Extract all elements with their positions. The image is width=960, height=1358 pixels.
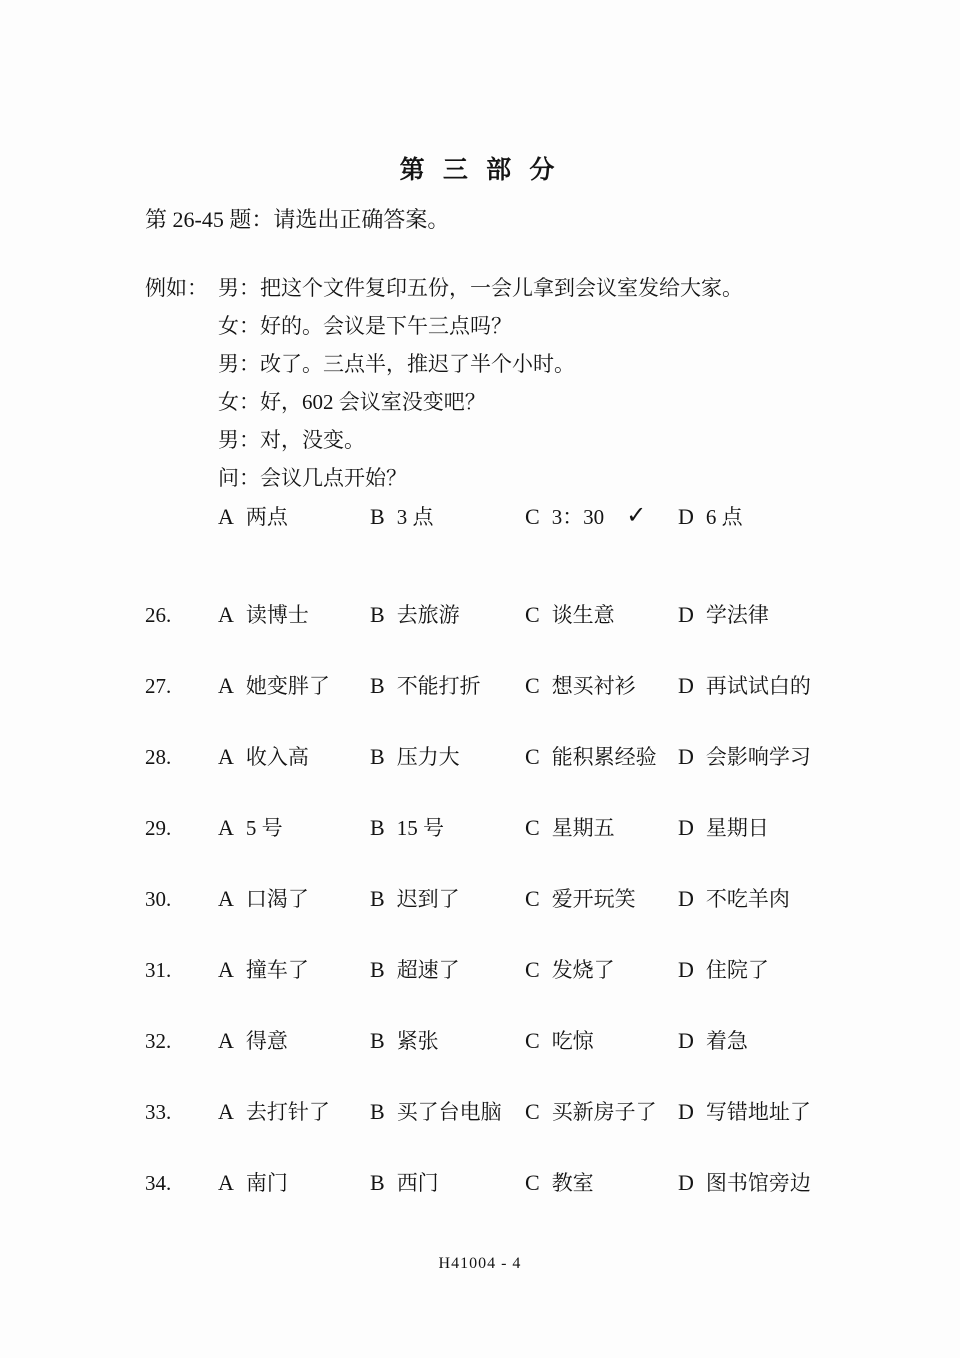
option-text: 去打针了	[246, 1100, 330, 1124]
option-b: B去旅游	[370, 600, 460, 630]
option-letter: D	[678, 1097, 694, 1127]
option-letter: D	[678, 671, 694, 701]
option-text: 去旅游	[397, 603, 460, 627]
option-text: 住院了	[706, 958, 769, 982]
footer-page-code: H41004 - 4	[0, 1255, 960, 1273]
speaker-label: 男：	[218, 428, 260, 452]
option-text: 得意	[246, 1029, 288, 1053]
option-text: 收入高	[246, 745, 309, 769]
checkmark-icon: ✓	[626, 501, 646, 530]
option-a: A5 号	[218, 813, 283, 843]
option-letter: B	[370, 813, 385, 843]
option-letter: B	[370, 742, 385, 772]
option-text: 再试试白的	[706, 674, 811, 698]
dialogue-line: 男：对，没变。	[145, 421, 865, 459]
example-option-a: A两点	[218, 501, 288, 531]
option-letter: B	[370, 504, 385, 530]
dialogue-line: 例如： 男：把这个文件复印五份，一会儿拿到会议室发给大家。	[145, 269, 865, 307]
option-letter: A	[218, 600, 234, 630]
option-d: D学法律	[678, 600, 769, 630]
speaker-label: 问：	[218, 466, 260, 490]
question-row: 31. A撞车了 B超速了 C发烧了 D住院了	[145, 955, 865, 1026]
option-text: 学法律	[706, 603, 769, 627]
option-letter: D	[678, 504, 694, 530]
question-number: 26.	[145, 600, 171, 630]
option-text: 两点	[246, 505, 288, 529]
question-row: 32. A得意 B紧张 C吃惊 D着急	[145, 1026, 865, 1097]
option-letter: A	[218, 813, 234, 843]
speaker-label: 女：	[218, 390, 260, 414]
option-text: 3 点	[397, 505, 434, 529]
option-letter: B	[370, 955, 385, 985]
option-letter: C	[525, 504, 540, 530]
option-b: B压力大	[370, 742, 460, 772]
speaker-label: 男：	[218, 276, 260, 300]
example-option-b: B3 点	[370, 501, 433, 531]
option-text: 紧张	[397, 1029, 439, 1053]
option-text: 6 点	[706, 505, 743, 529]
option-letter: A	[218, 1026, 234, 1056]
option-c: C能积累经验	[525, 742, 657, 772]
option-c: C买新房子了	[525, 1097, 657, 1127]
option-letter: C	[525, 955, 540, 985]
option-letter: D	[678, 955, 694, 985]
option-a: A读博士	[218, 600, 309, 630]
option-text: 图书馆旁边	[706, 1171, 811, 1195]
question-row: 30. A口渴了 B迟到了 C爱开玩笑 D不吃羊肉	[145, 884, 865, 955]
option-a: A口渴了	[218, 884, 309, 914]
option-c: C谈生意	[525, 600, 615, 630]
dialogue-text: 改了。三点半，推迟了半个小时。	[260, 352, 575, 376]
exam-page: 第 三 部 分 第 26-45 题：请选出正确答案。 例如： 男：把这个文件复印…	[0, 0, 960, 1358]
option-c: C星期五	[525, 813, 615, 843]
option-b: B超速了	[370, 955, 460, 985]
questions-list: 26. A读博士 B去旅游 C谈生意 D学法律 27. A她变胖了 B不能打折 …	[145, 600, 865, 1239]
speaker-label: 女：	[218, 314, 260, 338]
option-text: 不能打折	[397, 674, 481, 698]
option-text: 撞车了	[246, 958, 309, 982]
option-letter: D	[678, 742, 694, 772]
option-letter: A	[218, 671, 234, 701]
option-text: 谈生意	[552, 603, 615, 627]
option-text: 读博士	[246, 603, 309, 627]
option-b: B不能打折	[370, 671, 481, 701]
option-text: 星期五	[552, 816, 615, 840]
question-number: 32.	[145, 1026, 171, 1056]
option-text: 想买衬衫	[552, 674, 636, 698]
option-c: C吃惊	[525, 1026, 594, 1056]
option-d: D不吃羊肉	[678, 884, 790, 914]
dialogue-line: 问：会议几点开始？	[145, 459, 865, 497]
option-text: 南门	[246, 1171, 288, 1195]
option-text: 能积累经验	[552, 745, 657, 769]
option-letter: B	[370, 1097, 385, 1127]
option-a: A她变胖了	[218, 671, 330, 701]
option-d: D图书馆旁边	[678, 1168, 811, 1198]
question-number: 28.	[145, 742, 171, 772]
option-a: A得意	[218, 1026, 288, 1056]
dialogue-line: 女：好，602 会议室没变吧？	[145, 383, 865, 421]
option-text: 15 号	[397, 816, 444, 840]
option-b: B15 号	[370, 813, 444, 843]
option-text: 不吃羊肉	[706, 887, 790, 911]
question-row: 28. A收入高 B压力大 C能积累经验 D会影响学习	[145, 742, 865, 813]
question-row: 27. A她变胖了 B不能打折 C想买衬衫 D再试试白的	[145, 671, 865, 742]
option-letter: A	[218, 1097, 234, 1127]
option-text: 超速了	[397, 958, 460, 982]
option-letter: D	[678, 1026, 694, 1056]
dialogue-text: 好的。会议是下午三点吗？	[260, 314, 512, 338]
option-letter: C	[525, 742, 540, 772]
option-text: 教室	[552, 1171, 594, 1195]
option-b: B迟到了	[370, 884, 460, 914]
section-instructions: 第 26-45 题：请选出正确答案。	[145, 203, 449, 234]
question-number: 33.	[145, 1097, 171, 1127]
page-title: 第 三 部 分	[0, 150, 960, 186]
option-text: 5 号	[246, 816, 283, 840]
option-letter: B	[370, 1026, 385, 1056]
option-a: A去打针了	[218, 1097, 330, 1127]
option-letter: C	[525, 1026, 540, 1056]
option-b: B西门	[370, 1168, 439, 1198]
dialogue-text: 会议几点开始？	[260, 466, 407, 490]
option-text: 星期日	[706, 816, 769, 840]
example-label: 例如：	[145, 269, 208, 307]
question-number: 27.	[145, 671, 171, 701]
option-letter: C	[525, 671, 540, 701]
option-letter: D	[678, 600, 694, 630]
option-a: A收入高	[218, 742, 309, 772]
option-d: D着急	[678, 1026, 748, 1056]
option-b: B买了台电脑	[370, 1097, 502, 1127]
question-row: 26. A读博士 B去旅游 C谈生意 D学法律	[145, 600, 865, 671]
option-letter: C	[525, 600, 540, 630]
option-text: 发烧了	[552, 958, 615, 982]
dialogue-line: 女：好的。会议是下午三点吗？	[145, 307, 865, 345]
question-number: 34.	[145, 1168, 171, 1198]
option-letter: D	[678, 1168, 694, 1198]
example-options-row: A两点 B3 点 C3：30✓ D6 点	[145, 501, 865, 539]
option-letter: B	[370, 600, 385, 630]
option-b: B紧张	[370, 1026, 439, 1056]
dialogue-line: 男：改了。三点半，推迟了半个小时。	[145, 345, 865, 383]
example-option-c: C3：30✓	[525, 501, 646, 531]
question-row: 33. A去打针了 B买了台电脑 C买新房子了 D写错地址了	[145, 1097, 865, 1168]
option-text: 口渴了	[246, 887, 309, 911]
dialogue-text: 把这个文件复印五份，一会儿拿到会议室发给大家。	[260, 276, 743, 300]
option-c: C发烧了	[525, 955, 615, 985]
option-letter: C	[525, 813, 540, 843]
option-text: 写错地址了	[706, 1100, 811, 1124]
option-c: C想买衬衫	[525, 671, 636, 701]
option-text: 会影响学习	[706, 745, 811, 769]
option-text: 吃惊	[552, 1029, 594, 1053]
option-d: D再试试白的	[678, 671, 811, 701]
option-letter: D	[678, 884, 694, 914]
example-option-d: D6 点	[678, 501, 743, 531]
option-text: 买新房子了	[552, 1100, 657, 1124]
option-c: C爱开玩笑	[525, 884, 636, 914]
option-d: D星期日	[678, 813, 769, 843]
example-block: 例如： 男：把这个文件复印五份，一会儿拿到会议室发给大家。 女：好的。会议是下午…	[145, 269, 865, 539]
option-letter: A	[218, 884, 234, 914]
question-row: 34. A南门 B西门 C教室 D图书馆旁边	[145, 1168, 865, 1239]
option-letter: C	[525, 1168, 540, 1198]
option-a: A撞车了	[218, 955, 309, 985]
option-letter: C	[525, 1097, 540, 1127]
option-text: 她变胖了	[246, 674, 330, 698]
option-text: 压力大	[397, 745, 460, 769]
option-text: 迟到了	[397, 887, 460, 911]
option-a: A南门	[218, 1168, 288, 1198]
option-letter: C	[525, 884, 540, 914]
option-text: 买了台电脑	[397, 1100, 502, 1124]
dialogue-text: 对，没变。	[260, 428, 365, 452]
option-d: D会影响学习	[678, 742, 811, 772]
option-d: D住院了	[678, 955, 769, 985]
question-number: 29.	[145, 813, 171, 843]
question-row: 29. A5 号 B15 号 C星期五 D星期日	[145, 813, 865, 884]
question-number: 30.	[145, 884, 171, 914]
option-text: 爱开玩笑	[552, 887, 636, 911]
option-letter: A	[218, 955, 234, 985]
option-letter: B	[370, 671, 385, 701]
option-letter: A	[218, 742, 234, 772]
option-letter: A	[218, 1168, 234, 1198]
option-d: D写错地址了	[678, 1097, 811, 1127]
option-text: 西门	[397, 1171, 439, 1195]
option-letter: D	[678, 813, 694, 843]
question-number: 31.	[145, 955, 171, 985]
speaker-label: 男：	[218, 352, 260, 376]
option-text: 3：30	[552, 505, 605, 529]
option-letter: A	[218, 504, 234, 530]
dialogue-text: 好，602 会议室没变吧？	[260, 390, 486, 414]
option-letter: B	[370, 1168, 385, 1198]
option-text: 着急	[706, 1029, 748, 1053]
option-letter: B	[370, 884, 385, 914]
option-c: C教室	[525, 1168, 594, 1198]
